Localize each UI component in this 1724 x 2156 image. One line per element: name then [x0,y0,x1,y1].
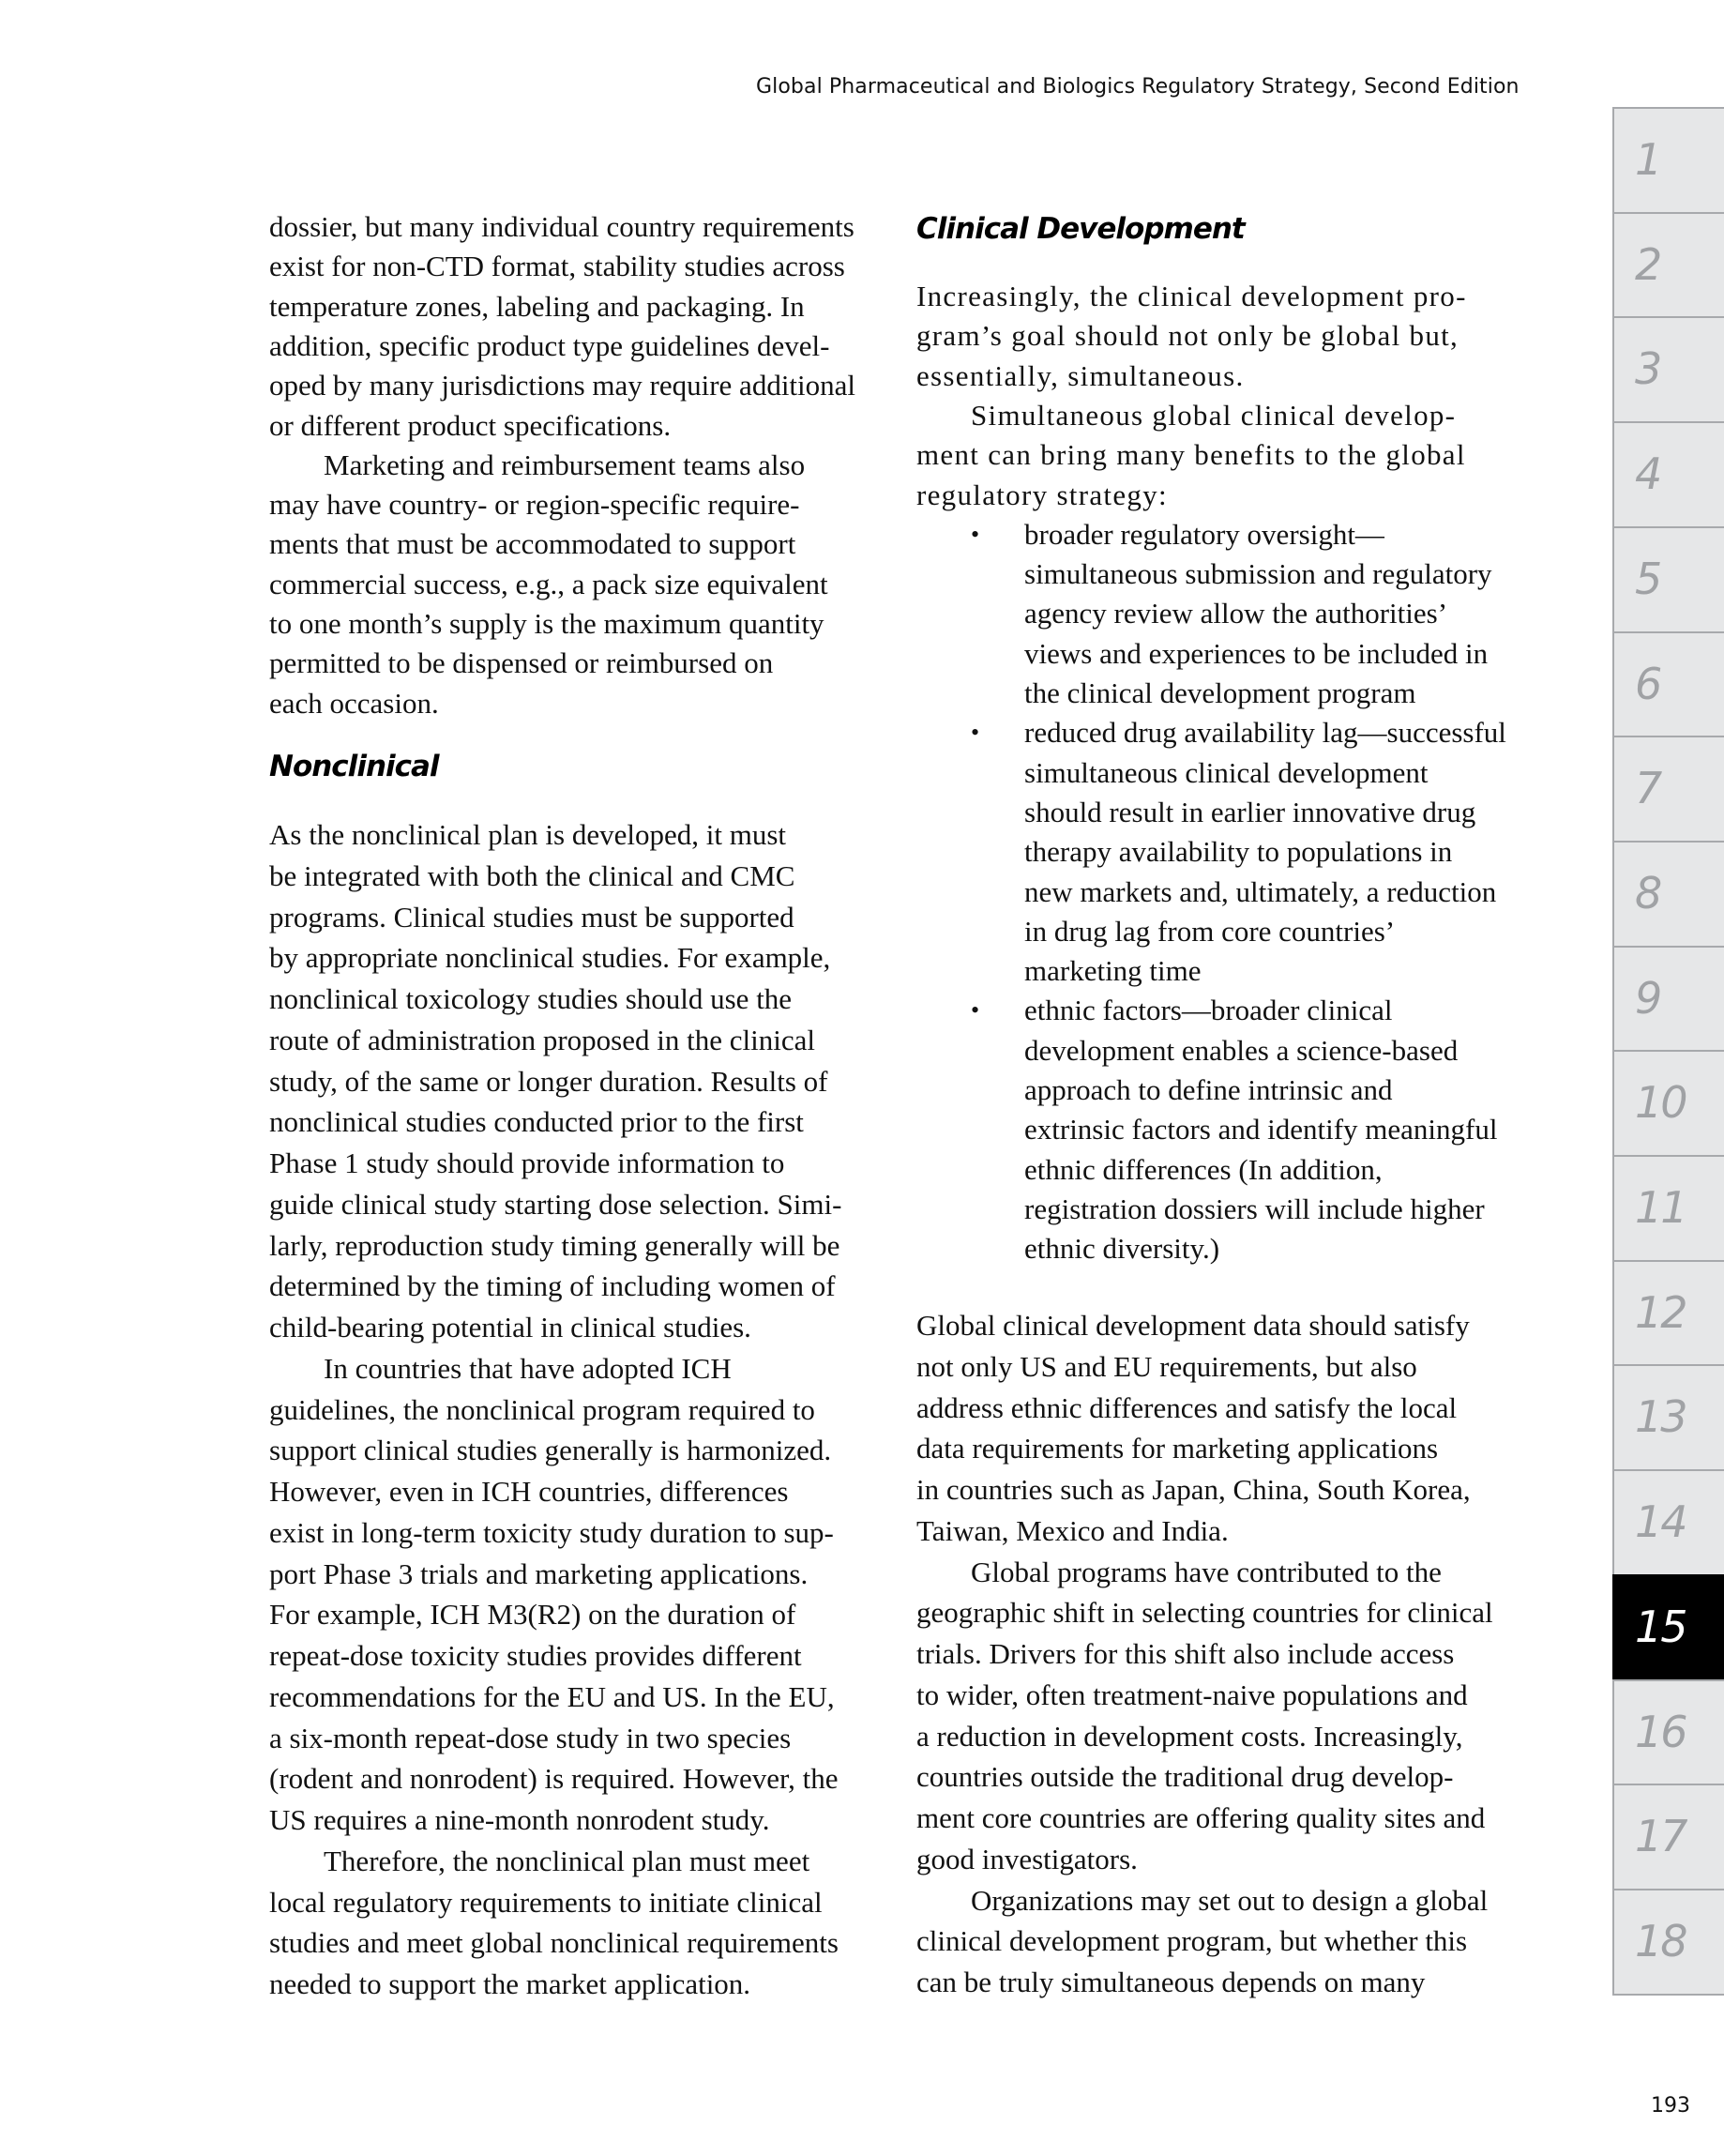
chapter-tab-label: 4 [1635,448,1660,500]
paragraph-line: Global clinical development data should … [916,1307,1470,1344]
list-item-line: simultaneous clinical development [1024,754,1428,792]
list-item-line: views and experiences to be included in [1024,635,1488,673]
list-item-line: new markets and, ultimately, a reduction [1024,873,1496,911]
list-item-line: development enables a science-based [1024,1032,1458,1070]
chapter-tab-6[interactable]: 6 [1612,631,1724,738]
chapter-tab-label: 8 [1635,867,1660,919]
paragraph-line: As the nonclinical plan is developed, it… [269,816,786,854]
paragraph-line: support clinical studies generally is ha… [269,1432,831,1469]
paragraph-line: temperature zones, labeling and packagin… [269,288,805,326]
paragraph-line: clinical development program, but whethe… [916,1922,1467,1960]
chapter-tab-label: 13 [1635,1390,1686,1443]
bullet-icon: • [971,714,979,752]
chapter-tab-label: 12 [1635,1286,1686,1339]
paragraph-line: studies and meet global nonclinical requ… [269,1924,839,1962]
chapter-tab-13[interactable]: 13 [1612,1364,1724,1471]
list-item-line: extrinsic factors and identify meaningfu… [1024,1111,1497,1148]
paragraph-line: permitted to be dispensed or reimbursed … [269,645,773,682]
running-head-title: Global Pharmaceutical and Biologics Regu… [756,75,1510,99]
paragraph-line: local regulatory requirements to initiat… [269,1884,823,1921]
paragraph-line: may have country- or region-specific req… [269,486,800,524]
chapter-tab-11[interactable]: 11 [1612,1155,1724,1262]
paragraph-line: dossier, but many individual country req… [269,208,854,246]
paragraph-line: Global programs have contributed to the [971,1554,1442,1591]
paragraph-line: child-bearing potential in clinical stud… [269,1309,751,1346]
chapter-tab-label: 5 [1635,553,1660,605]
paragraph-line: nonclinical toxicology studies should us… [269,980,792,1018]
paragraph-line: good investigators. [916,1841,1138,1878]
paragraph-line: route of administration proposed in the … [269,1022,815,1059]
chapter-tab-2[interactable]: 2 [1612,212,1724,319]
paragraph-line: geographic shift in selecting countries … [916,1594,1493,1632]
paragraph-line: port Phase 3 trials and marketing applic… [269,1556,808,1593]
paragraph-line: guide clinical study starting dose selec… [269,1186,841,1223]
paragraph-line: addition, specific product type guidelin… [269,327,829,365]
chapter-tab-label: 11 [1635,1181,1686,1234]
chapter-tab-label: 7 [1635,762,1660,814]
paragraph-line: oped by many jurisdictions may require a… [269,367,855,404]
paragraph-line: to wider, often treatment-naive populati… [916,1677,1468,1714]
paragraph-line: regulatory strategy: [916,477,1168,514]
chapter-tab-15[interactable]: 15 [1612,1574,1724,1681]
list-item-line: registration dossiers will include highe… [1024,1191,1485,1228]
chapter-tab-label: 2 [1635,238,1660,291]
paragraph-line: address ethnic differences and satisfy t… [916,1389,1457,1427]
paragraph-line: programs. Clinical studies must be suppo… [269,899,794,936]
chapter-tab-label: 14 [1635,1496,1686,1548]
paragraph-line: essentially, simultaneous. [916,357,1245,395]
paragraph-line: (rodent and nonrodent) is required. Howe… [269,1760,839,1798]
paragraph-line: determined by the timing of including wo… [269,1268,836,1305]
paragraph-line: to one month’s supply is the maximum qua… [269,605,824,643]
chapter-tab-3[interactable]: 3 [1612,316,1724,423]
paragraph-line: recommendations for the EU and US. In th… [269,1678,835,1716]
chapter-tab-17[interactable]: 17 [1612,1784,1724,1890]
list-item-line: broader regulatory oversight— [1024,516,1384,554]
paragraph-line: ments that must be accommodated to suppo… [269,525,795,563]
paragraph-line: each occasion. [269,685,439,722]
paragraph-line: exist in long-term toxicity study durati… [269,1514,834,1552]
paragraph-line: not only US and EU requirements, but als… [916,1348,1417,1386]
paragraph-line: repeat-dose toxicity studies provides di… [269,1637,802,1675]
chapter-tab-16[interactable]: 16 [1612,1679,1724,1786]
list-item-line: marketing time [1024,952,1202,990]
chapter-tab-label: 10 [1635,1076,1686,1129]
list-item-line: should result in earlier innovative drug [1024,794,1475,831]
paragraph-line: by appropriate nonclinical studies. For … [269,939,830,977]
bullet-icon: • [971,992,979,1029]
chapter-tab-8[interactable]: 8 [1612,841,1724,948]
paragraph-line: Simultaneous global clinical develop- [971,397,1456,434]
list-item-line: approach to define intrinsic and [1024,1071,1393,1109]
list-item-line: therapy availability to populations in [1024,833,1452,871]
list-item-line: in drug lag from core countries’ [1024,913,1395,950]
list-item-line: agency review allow the authorities’ [1024,595,1447,632]
chapter-tab-label: 6 [1635,658,1660,710]
paragraph-line: countries outside the traditional drug d… [916,1758,1454,1796]
chapter-tab-4[interactable]: 4 [1612,421,1724,528]
paragraph-line: in countries such as Japan, China, South… [916,1471,1471,1509]
paragraph-line: guidelines, the nonclinical program requ… [269,1391,815,1429]
chapter-tab-5[interactable]: 5 [1612,526,1724,633]
paragraph-line: can be truly simultaneous depends on man… [916,1964,1425,2001]
chapter-tab-12[interactable]: 12 [1612,1260,1724,1367]
paragraph-line: For example, ICH M3(R2) on the duration … [269,1596,795,1633]
chapter-tab-10[interactable]: 10 [1612,1050,1724,1157]
paragraph-line: trials. Drivers for this shift also incl… [916,1635,1454,1673]
chapter-tab-label: 9 [1635,972,1660,1025]
paragraph-line: or different product specifications. [269,407,671,445]
page-number: 193 [1651,2094,1690,2118]
paragraph-line: ment can bring many benefits to the glob… [916,436,1466,474]
chapter-tab-label: 18 [1635,1915,1686,1967]
paragraph-line: Therefore, the nonclinical plan must mee… [324,1843,809,1880]
paragraph-line: Taiwan, Mexico and India. [916,1512,1229,1550]
paragraph-line: Increasingly, the clinical development p… [916,278,1467,315]
chapter-tab-9[interactable]: 9 [1612,946,1724,1053]
chapter-tab-18[interactable]: 18 [1612,1889,1724,1996]
chapter-tab-label: 16 [1635,1706,1686,1758]
paragraph-line: a six-month repeat-dose study in two spe… [269,1720,791,1757]
paragraph-line: ment core countries are offering quality… [916,1799,1485,1837]
list-item-line: ethnic factors—broader clinical [1024,992,1392,1029]
chapter-tab-label: 15 [1635,1601,1686,1653]
paragraph-line: nonclinical studies conducted prior to t… [269,1103,804,1141]
paragraph-line: commercial success, e.g., a pack size eq… [269,566,828,603]
chapter-tab-label: 17 [1635,1810,1686,1862]
list-item-line: the clinical development program [1024,675,1416,712]
paragraph-line: exist for non-CTD format, stability stud… [269,248,845,285]
paragraph-line: data requirements for marketing applicat… [916,1430,1438,1467]
paragraph-line: a reduction in development costs. Increa… [916,1718,1463,1755]
chapter-tab-label: 1 [1635,133,1660,186]
paragraph-line: US requires a nine-month nonrodent study… [269,1801,770,1839]
paragraph-line: study, of the same or longer duration. R… [269,1063,828,1101]
paragraph-line: In countries that have adopted ICH [324,1350,732,1388]
paragraph-line: needed to support the market application… [269,1966,750,2003]
bullet-icon: • [971,516,979,554]
paragraph-line: gram’s goal should not only be global bu… [916,317,1459,355]
list-item-line: simultaneous submission and regulatory [1024,555,1492,593]
paragraph-line: Organizations may set out to design a gl… [971,1882,1488,1920]
paragraph-line: Phase 1 study should provide information… [269,1145,784,1182]
paragraph-line: be integrated with both the clinical and… [269,858,794,895]
section-heading-nonclinical: Nonclinical [269,748,439,785]
list-item-line: reduced drug availability lag—successful [1024,714,1506,752]
section-heading-clinical-development: Clinical Development [916,210,1245,248]
chapter-tab-14[interactable]: 14 [1612,1469,1724,1576]
list-item-line: ethnic differences (In addition, [1024,1151,1383,1189]
chapter-tab-7[interactable]: 7 [1612,736,1724,843]
paragraph-line: larly, reproduction study timing general… [269,1227,839,1265]
paragraph-line: Marketing and reimbursement teams also [324,447,805,484]
list-item-line: ethnic diversity.) [1024,1230,1219,1268]
chapter-tab-label: 3 [1635,342,1660,395]
paragraph-line: However, even in ICH countries, differen… [269,1473,788,1511]
chapter-tab-1[interactable]: 1 [1612,107,1724,214]
